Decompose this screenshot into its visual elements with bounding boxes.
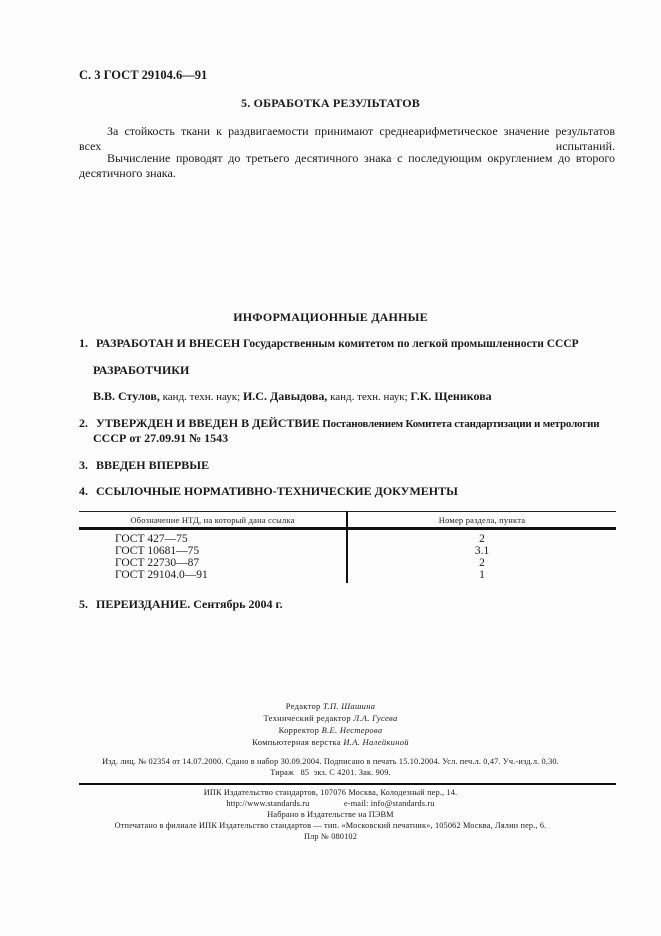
publisher-address: ИПК Издательство стандартов, 107076 Моск… <box>0 787 661 798</box>
publisher-printed: Отпечатано в филиале ИПК Издательство ст… <box>0 820 661 831</box>
credit-layout: Компьютерная верстка И.А. Налейкиной <box>0 736 661 748</box>
credit-editor: Редактор Т.П. Шашина <box>0 700 661 712</box>
publisher-block: ИПК Издательство стандартов, 107076 Моск… <box>0 787 661 842</box>
info-item-2-line2: СССР от 27.09.91 № 1543 <box>93 431 228 446</box>
info-item-1: 1. РАЗРАБОТАН И ВНЕСЕН Государственным к… <box>79 336 579 351</box>
imprint-line-2: Тираж 85 экз. С 4201. Зак. 909. <box>0 767 661 778</box>
credit-name: Л.А. Гусева <box>353 713 397 723</box>
info-item-2: 2. УТВЕРЖДЕН И ВВЕДЕН В ДЕЙСТВИЕ Постано… <box>79 416 599 431</box>
table-cell-section: 2 <box>348 533 616 545</box>
credit-corrector: Корректор В.Е. Нестерова <box>0 724 661 736</box>
credit-role: Технический редактор <box>263 713 350 723</box>
credit-role: Редактор <box>286 701 321 711</box>
developer-degree: канд. техн. наук; <box>327 391 410 403</box>
paragraph-results-2: Вычисление проводят до третьего десятичн… <box>79 151 615 181</box>
item-1-label: РАЗРАБОТАН И ВНЕСЕН <box>96 336 240 350</box>
credits-block: Редактор Т.П. Шашина Технический редакто… <box>0 700 661 748</box>
table-cell-ntd: ГОСТ 427—75 <box>115 533 188 545</box>
developer-name: В.В. Стулов, <box>93 389 160 403</box>
table-cell-section: 3.1 <box>348 545 616 557</box>
item-2-label: УТВЕРЖДЕН И ВВЕДЕН В ДЕЙСТВИЕ <box>96 416 320 430</box>
item-5-label: ПЕРЕИЗДАНИЕ. Сентябрь 2004 г. <box>96 597 283 611</box>
table-header-section: Номер раздела, пункта <box>348 515 616 525</box>
item-number: 1. <box>79 336 93 351</box>
developers-heading: РАЗРАБОТЧИКИ <box>93 363 189 378</box>
developer-degree: канд. техн. наук; <box>160 391 243 403</box>
table-cell-ntd: ГОСТ 10681—75 <box>115 545 199 557</box>
publisher-url-link[interactable]: http://www.standards.ru <box>226 799 309 808</box>
table-cell-section: 1 <box>348 569 616 581</box>
table-cell-section: 2 <box>348 557 616 569</box>
developer-name: Г.К. Щеникова <box>410 389 491 403</box>
credit-role: Корректор <box>279 725 320 735</box>
credit-role: Компьютерная верстка <box>252 737 341 747</box>
credit-name: В.Е. Нестерова <box>322 725 383 735</box>
imprint-block: Изд. лиц. № 02354 от 14.07.2000. Сдано в… <box>0 756 661 778</box>
credit-name: Т.П. Шашина <box>323 701 375 711</box>
item-number: 2. <box>79 416 93 431</box>
page-header: С. 3 ГОСТ 29104.6—91 <box>79 68 207 83</box>
publisher-typeset: Набрано в Издательстве на ПЭВМ <box>0 809 661 820</box>
item-3-label: ВВЕДЕН ВПЕРВЫЕ <box>96 458 209 472</box>
developer-name: И.С. Давыдова, <box>243 389 327 403</box>
info-item-3: 3. ВВЕДЕН ВПЕРВЫЕ <box>79 458 209 473</box>
credit-name: И.А. Налейкиной <box>343 737 408 747</box>
info-item-4: 4. ССЫЛОЧНЫЕ НОРМАТИВНО-ТЕХНИЧЕСКИЕ ДОКУ… <box>79 484 458 499</box>
item-1-text: Государственным комитетом по легкой пром… <box>240 338 578 350</box>
section-title-info: ИНФОРМАЦИОННЫЕ ДАННЫЕ <box>0 310 661 325</box>
publisher-contacts: http://www.standards.ru e-mail: info@sta… <box>0 798 661 809</box>
table-cell-ntd: ГОСТ 22730—87 <box>115 557 199 569</box>
item-2-text: Постановлением Комитета стандартизации и… <box>320 418 600 430</box>
publisher-license: Плр № 080102 <box>0 831 661 842</box>
info-item-5: 5. ПЕРЕИЗДАНИЕ. Сентябрь 2004 г. <box>79 597 283 612</box>
credit-tech-editor: Технический редактор Л.А. Гусева <box>0 712 661 724</box>
table-cell-ntd: ГОСТ 29104.0—91 <box>115 569 208 581</box>
table-header-ntd: Обозначение НТД, на который дана ссылка <box>79 515 346 525</box>
section-title-results: 5. ОБРАБОТКА РЕЗУЛЬТАТОВ <box>0 96 661 111</box>
publisher-email-link[interactable]: e-mail: info@standards.ru <box>344 799 435 808</box>
developers-list: В.В. Стулов, канд. техн. наук; И.С. Давы… <box>93 389 492 404</box>
item-4-label: ССЫЛОЧНЫЕ НОРМАТИВНО-ТЕХНИЧЕСКИЕ ДОКУМЕН… <box>96 484 458 498</box>
item-number: 5. <box>79 597 93 612</box>
item-number: 3. <box>79 458 93 473</box>
imprint-line-1: Изд. лиц. № 02354 от 14.07.2000. Сдано в… <box>0 756 661 767</box>
item-number: 4. <box>79 484 93 499</box>
footer-rule <box>79 783 616 785</box>
